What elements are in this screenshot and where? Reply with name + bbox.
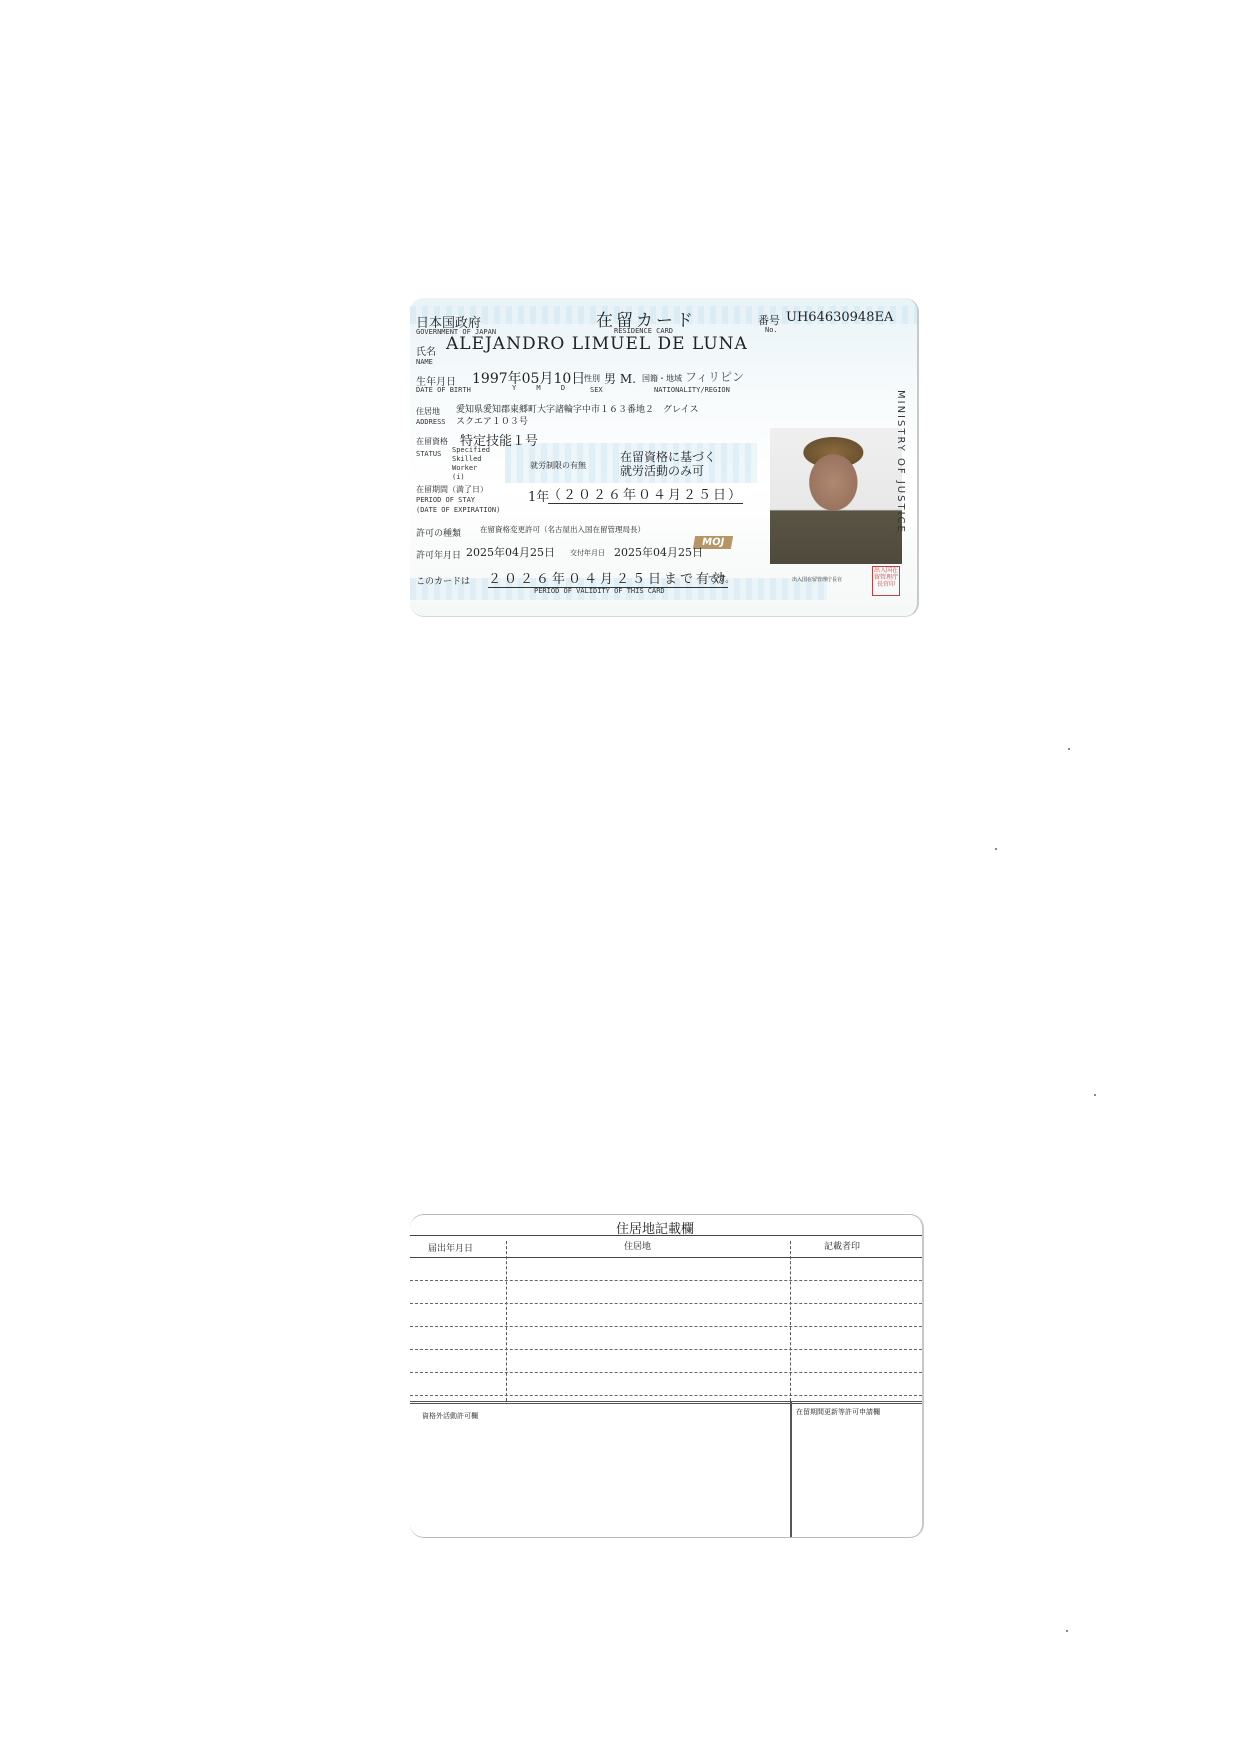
status-label-jp: 在留資格 <box>416 436 448 447</box>
column-header-date: 届出年月日 <box>428 1241 473 1254</box>
column-header-recorder-seal: 記載者印 <box>824 1239 860 1252</box>
official-seal: 出入国在留管理庁長官印 <box>872 566 900 596</box>
header-bottom-line <box>410 1257 922 1258</box>
nationality-label-en: NATIONALITY/REGION <box>654 386 730 394</box>
residence-card-front: 日本国政府 GOVERNMENT OF JAPAN 在留カード RESIDENC… <box>410 298 919 617</box>
period-label-en-2: (DATE OF EXPIRATION) <box>416 506 500 514</box>
column-divider <box>506 1241 507 1401</box>
section-divider <box>410 1401 922 1404</box>
name-label-jp: 氏名 <box>416 343 436 358</box>
header-top-line <box>410 1235 922 1236</box>
status-en: Specified Skilled Worker (i) <box>452 446 492 482</box>
holder-photo <box>770 428 902 564</box>
permit-type: 在留資格変更許可（名古屋出入国在留管理局長） <box>480 524 645 535</box>
scan-speck <box>1094 1094 1096 1096</box>
sex: 男 M. <box>604 370 636 387</box>
ministry-of-justice-vertical: MINISTRY OF JUSTICE <box>895 390 906 534</box>
address-line-2: スクエア１０３号 <box>456 414 528 427</box>
period-label-en-1: PERIOD OF STAY <box>416 496 475 504</box>
sex-label-en: SEX <box>590 386 603 394</box>
scan-speck <box>1068 748 1070 750</box>
validity-suffix: です。 <box>708 572 734 585</box>
permit-date: 2025年04月25日 <box>466 544 555 560</box>
nationality-label-jp: 国籍・地域 <box>642 373 682 384</box>
work-restriction-label: 就労制限の有無 <box>530 460 586 471</box>
permit-date-label: 許可年月日 <box>416 548 461 561</box>
sex-label-jp: 性別 <box>584 373 600 384</box>
card-validity: ２０２６年０４月２５日まで有効 <box>488 568 728 588</box>
validity-label-en: PERIOD OF VALIDITY OF THIS CARD <box>534 587 665 595</box>
column-divider <box>790 1241 791 1401</box>
extra-activity-permit-label: 資格外活動許可欄 <box>422 1411 478 1421</box>
dob-ymd: Y M D <box>512 384 565 392</box>
scan-speck <box>995 848 997 850</box>
status-en-line: (i) <box>452 473 492 482</box>
nationality: フィリピン <box>685 368 744 385</box>
card-number: UH64630948EA <box>786 310 893 325</box>
address-label-en: ADDRESS <box>416 418 446 426</box>
renewal-application-label: 在留期間更新等許可申請欄 <box>796 1407 880 1417</box>
issue-date: 2025年04月25日 <box>614 544 703 560</box>
address-row-line <box>410 1372 922 1373</box>
address-row-line <box>410 1349 922 1350</box>
scan-speck <box>1066 1630 1068 1632</box>
holder-name: ALEJANDRO LIMUEL DE LUNA <box>446 334 748 354</box>
issue-date-label: 交付年月日 <box>570 548 605 558</box>
status-en-line: Specified <box>452 446 492 455</box>
permit-type-label: 許可の種類 <box>416 526 461 539</box>
section-vertical-divider <box>790 1401 792 1537</box>
address-row-line <box>410 1395 922 1396</box>
residence-card-back: 住居地記載欄 届出年月日 住居地 記載者印 資格外活動許可欄 在留期間更新等許可… <box>410 1214 924 1538</box>
address-row-line <box>410 1280 922 1281</box>
issuer: 出入国在留管理庁長官 <box>792 576 842 583</box>
address-row-line <box>410 1303 922 1304</box>
address-row-line <box>410 1326 922 1327</box>
status-label-en: STATUS <box>416 450 441 458</box>
period-of-stay: 1年 <box>528 486 549 505</box>
expiration-date: （２０２６年０４月２５日） <box>548 484 743 504</box>
dob-label-en: DATE OF BIRTH <box>416 386 471 394</box>
column-header-address: 住居地 <box>624 1239 651 1252</box>
address-label-jp: 住居地 <box>416 406 440 417</box>
validity-prefix: このカードは <box>416 574 470 587</box>
status-en-line: Skilled <box>452 455 492 464</box>
status-en-line: Worker <box>452 464 492 473</box>
work-restriction-line-2: 就労活動のみ可 <box>620 462 704 479</box>
name-label-en: NAME <box>416 358 433 366</box>
number-label-en: No. <box>765 326 778 334</box>
period-label-jp: 在留期間（満了日） <box>416 484 488 495</box>
